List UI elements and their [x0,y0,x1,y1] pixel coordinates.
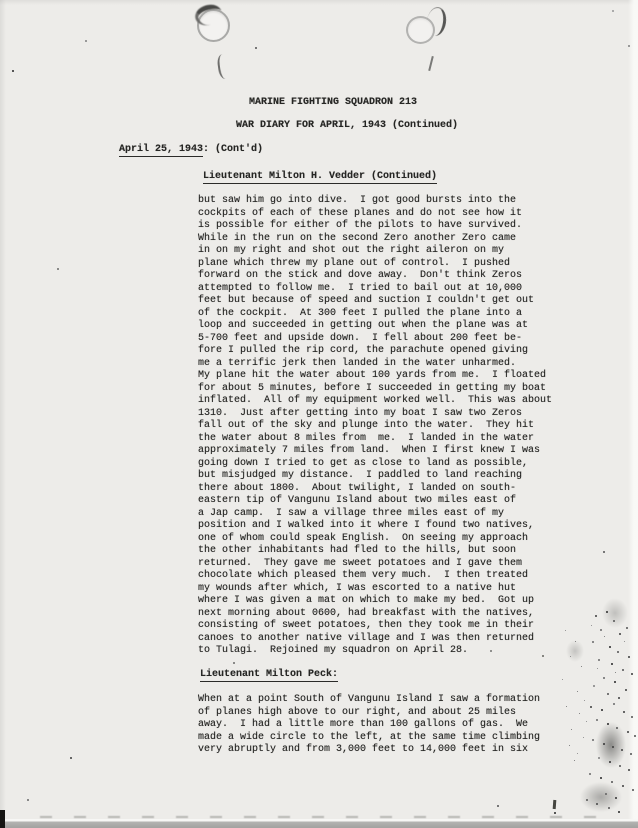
date-heading: April 25, 1943: (Cont'd) [119,144,263,157]
pencil-tick-mark [428,56,434,71]
punch-hole-right-arc-mark [425,6,448,37]
page-bottom-scan-band [0,819,638,828]
section-body-peck: When at a point South of Vangunu Island … [198,694,540,757]
document-title: MARINE FIGHTING SQUADRON 213 [249,97,417,110]
date-heading-underlined: April 25, 1943 [119,144,203,157]
page-right-edge-shading [628,0,638,828]
section-heading-vedder-text: Lieutenant Milton H. Vedder (Continued) [203,171,437,184]
scan-smudge-blob-3 [566,640,584,662]
page-left-edge-shading [0,0,6,828]
scanned-war-diary-page: MARINE FIGHTING SQUADRON 213 WAR DIARY F… [0,0,638,828]
section-body-vedder: but saw him go into dive. I got good bur… [198,195,552,658]
document-subtitle: WAR DIARY FOR APRIL, 1943 (Continued) [236,120,458,133]
scan-smudge-blob-1 [596,722,626,768]
bottom-left-corner-mark [0,810,5,828]
scan-noise-fine-grain [0,0,1,1]
bottom-smudge-streak [40,816,600,818]
section-heading-peck: Lieutenant Milton Peck: [200,669,338,682]
scan-smudge-blob-4 [602,598,628,628]
scan-smudge-blob-2 [580,782,622,812]
section-heading-vedder: Lieutenant Milton H. Vedder (Continued) [203,171,437,184]
page-top-edge-shading [0,0,638,5]
section-heading-peck-text: Lieutenant Milton Peck: [200,669,338,682]
stray-ink-mark [553,800,557,809]
date-heading-suffix: : (Cont'd) [203,144,263,155]
pencil-paren-mark [216,53,231,79]
